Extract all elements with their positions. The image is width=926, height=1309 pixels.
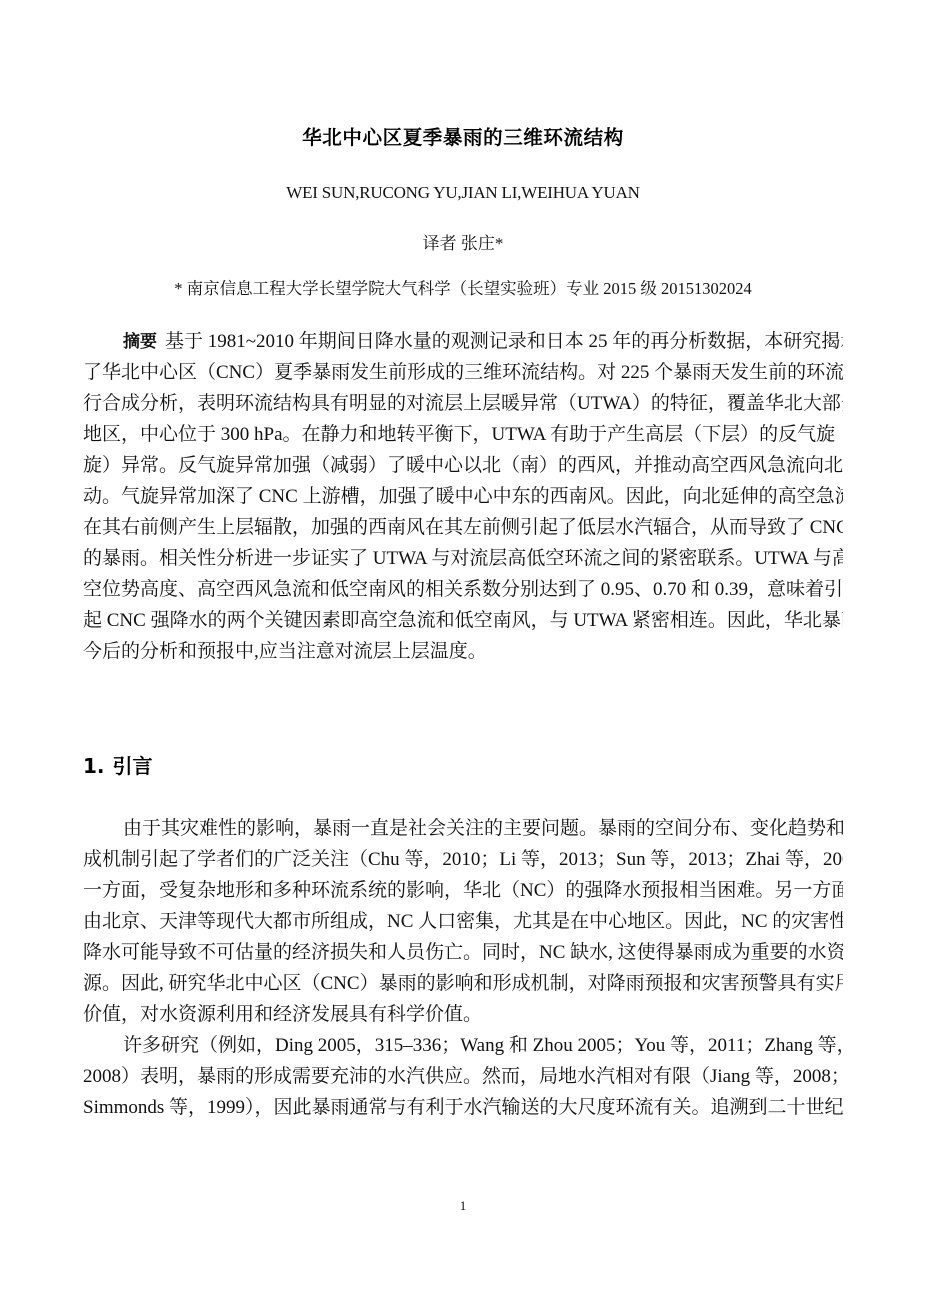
body-line: 成机制引起了学者们的广泛关注（Chu 等，2010；Li 等，2013；Sun …	[83, 844, 843, 875]
abstract-line: 的暴雨。相关性分析进一步证实了 UTWA 与对流层高低空环流之间的紧密联系。UT…	[83, 543, 843, 574]
intro-paragraph-2: 许多研究（例如，Ding 2005，315–336；Wang 和 Zhou 20…	[83, 1030, 843, 1123]
body-line: Simmonds 等，1999），因此暴雨通常与有利于水汽输送的大尺度环流有关。…	[83, 1092, 843, 1123]
abstract-line: 行合成分析，表明环流结构具有明显的对流层上层暖异常（UTWA）的特征，覆盖华北大…	[83, 388, 843, 419]
section-title: 引言	[113, 754, 153, 778]
abstract-block: 摘要基于 1981~2010 年期间日降水量的观测记录和日本 25 年的再分析数…	[83, 326, 843, 667]
document-page: 华北中心区夏季暴雨的三维环流结构 WEI SUN,RUCONG YU,JIAN …	[0, 0, 926, 1309]
body-line: 由于其灾难性的影响，暴雨一直是社会关注的主要问题。暴雨的空间分布、变化趋势和形	[83, 813, 843, 844]
abstract-line: 空位势高度、高空西风急流和低空南风的相关系数分别达到了 0.95、0.70 和 …	[83, 574, 843, 605]
body-line: 降水可能导致不可估量的经济损失和人员伤亡。同时，NC 缺水, 这使得暴雨成为重要…	[83, 937, 843, 968]
body-line: 2008）表明，暴雨的形成需要充沛的水汽供应。然而，局地水汽相对有限（Jiang…	[83, 1061, 843, 1092]
affiliation-line: * 南京信息工程大学长望学院大气科学（长望实验班）专业 2015 级 20151…	[0, 275, 926, 299]
abstract-line: 今后的分析和预报中,应当注意对流层上层温度。	[83, 636, 843, 667]
section-heading: 1.引言	[83, 750, 153, 779]
intro-paragraph-1: 由于其灾难性的影响，暴雨一直是社会关注的主要问题。暴雨的空间分布、变化趋势和形 …	[83, 813, 843, 1030]
translator-line: 译者 张庄*	[0, 229, 926, 254]
abstract-line: 起 CNC 强降水的两个关键因素即高空急流和低空南风，与 UTWA 紧密相连。因…	[83, 605, 843, 636]
abstract-line: 了华北中心区（CNC）夏季暴雨发生前形成的三维环流结构。对 225 个暴雨天发生…	[83, 357, 843, 388]
abstract-line: 地区，中心位于 300 hPa。在静力和地转平衡下，UTWA 有助于产生高层（下…	[83, 419, 843, 450]
body-line: 由北京、天津等现代大都市所组成，NC 人口密集，尤其是在中心地区。因此，NC 的…	[83, 906, 843, 937]
abstract-line: 旋）异常。反气旋异常加强（减弱）了暖中心以北（南）的西风，并推动高空西风急流向北…	[83, 450, 843, 481]
body-line: 源。因此, 研究华北中心区（CNC）暴雨的影响和形成机制，对降雨预报和灾害预警具…	[83, 968, 843, 999]
section-number: 1.	[83, 754, 105, 778]
abstract-line: 在其右前侧产生上层辐散，加强的西南风在其左前侧引起了低层水汽辐合，从而导致了 C…	[83, 512, 843, 543]
body-line: 价值，对水资源利用和经济发展具有科学价值。	[83, 999, 843, 1030]
paper-authors: WEI SUN,RUCONG YU,JIAN LI,WEIHUA YUAN	[0, 183, 926, 203]
abstract-label: 摘要	[123, 332, 157, 352]
body-line: 一方面，受复杂地形和多种环流系统的影响，华北（NC）的强降水预报相当困难。另一方…	[83, 875, 843, 906]
abstract-line: 摘要基于 1981~2010 年期间日降水量的观测记录和日本 25 年的再分析数…	[83, 326, 843, 357]
body-line: 许多研究（例如，Ding 2005，315–336；Wang 和 Zhou 20…	[83, 1030, 843, 1061]
page-number: 1	[0, 1198, 926, 1214]
abstract-line: 动。气旋异常加深了 CNC 上游槽，加强了暖中心中东的西南风。因此，向北延伸的高…	[83, 481, 843, 512]
paper-title: 华北中心区夏季暴雨的三维环流结构	[0, 122, 926, 150]
